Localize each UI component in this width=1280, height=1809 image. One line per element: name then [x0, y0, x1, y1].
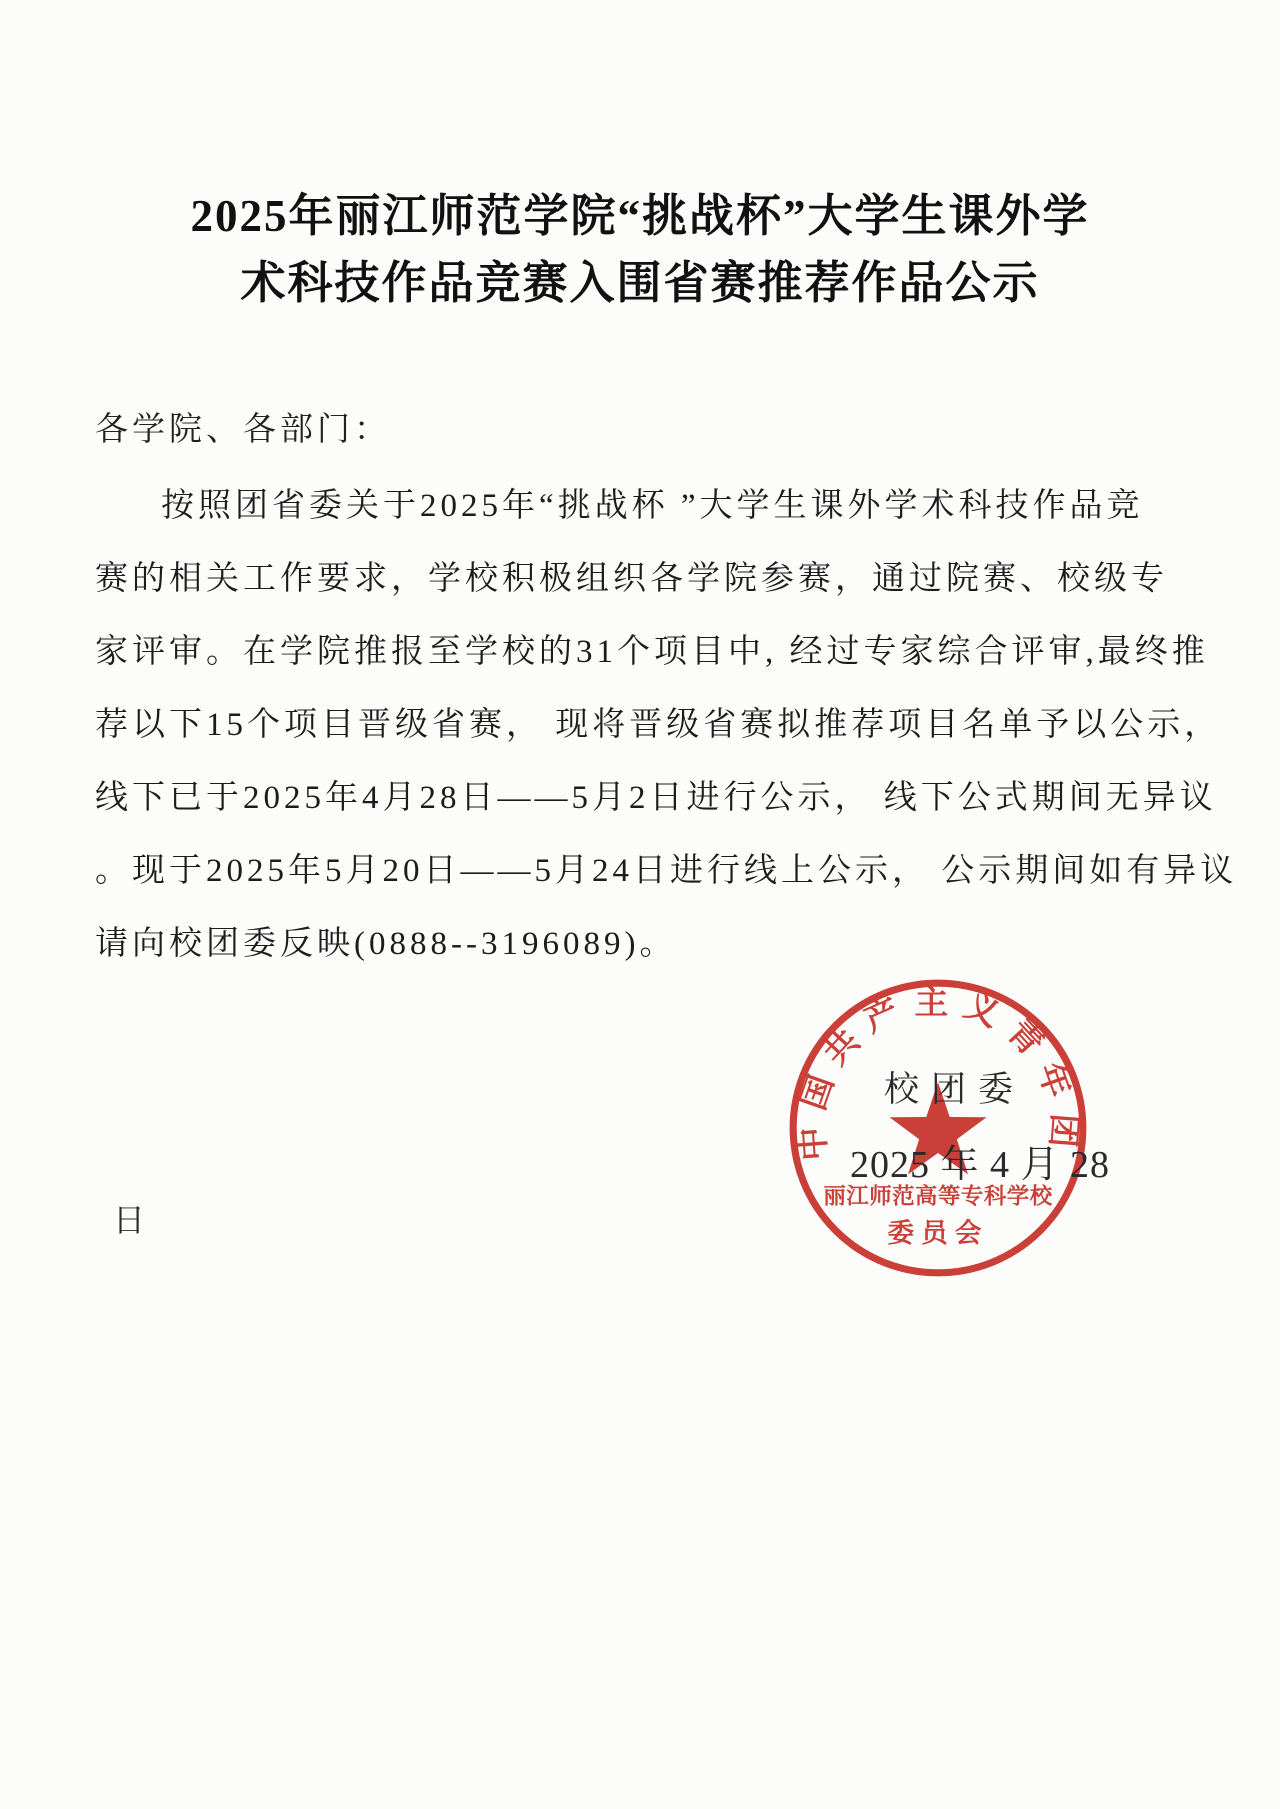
signature-date-suffix: 日 [113, 1195, 145, 1241]
body-line: 荐以下15个项目晋级省赛， 现将晋级省赛拟推荐项目名单予以公示， [95, 689, 1190, 762]
body-line: 赛的相关工作要求，学校积极组织各学院参赛，通过院赛、校级专 [95, 543, 1190, 616]
document-title: 2025年丽江师范学院“挑战杯”大学生课外学 术科技作品竞赛入围省赛推荐作品公示 [0, 183, 1280, 317]
body-line: 。现于2025年5月20日——5月24日进行线上公示， 公示期间如有异议 [95, 835, 1190, 908]
body-line: 请向校团委反映(0888--3196089)。 [95, 908, 1190, 981]
body-line: 线下已于2025年4月28日——5月2日进行公示， 线下公式期间无异议 [95, 762, 1190, 835]
title-line-2: 术科技作品竞赛入围省赛推荐作品公示 [0, 250, 1280, 317]
signature-date: 2025 年 4 月 28 [850, 1133, 1110, 1188]
salutation: 各学院、各部门： [95, 403, 391, 450]
body-line: 家评审。在学院推报至学校的31个项目中, 经过专家综合评审,最终推 [95, 616, 1190, 689]
document-page: 2025年丽江师范学院“挑战杯”大学生课外学 术科技作品竞赛入围省赛推荐作品公示… [0, 0, 1280, 1809]
title-line-1: 2025年丽江师范学院“挑战杯”大学生课外学 [0, 183, 1280, 250]
signature-signer: 校团委 [884, 1062, 1025, 1112]
official-seal: 中国共产主义青年团 丽江师范高等专科学校 委员会 [785, 975, 1091, 1281]
body-line: 按照团省委关于2025年“挑战杯 ”大学生课外学术科技作品竞 [95, 470, 1190, 543]
seal-org-committee: 委员会 [888, 1218, 989, 1248]
body-paragraph: 按照团省委关于2025年“挑战杯 ”大学生课外学术科技作品竞 赛的相关工作要求，… [95, 470, 1190, 981]
